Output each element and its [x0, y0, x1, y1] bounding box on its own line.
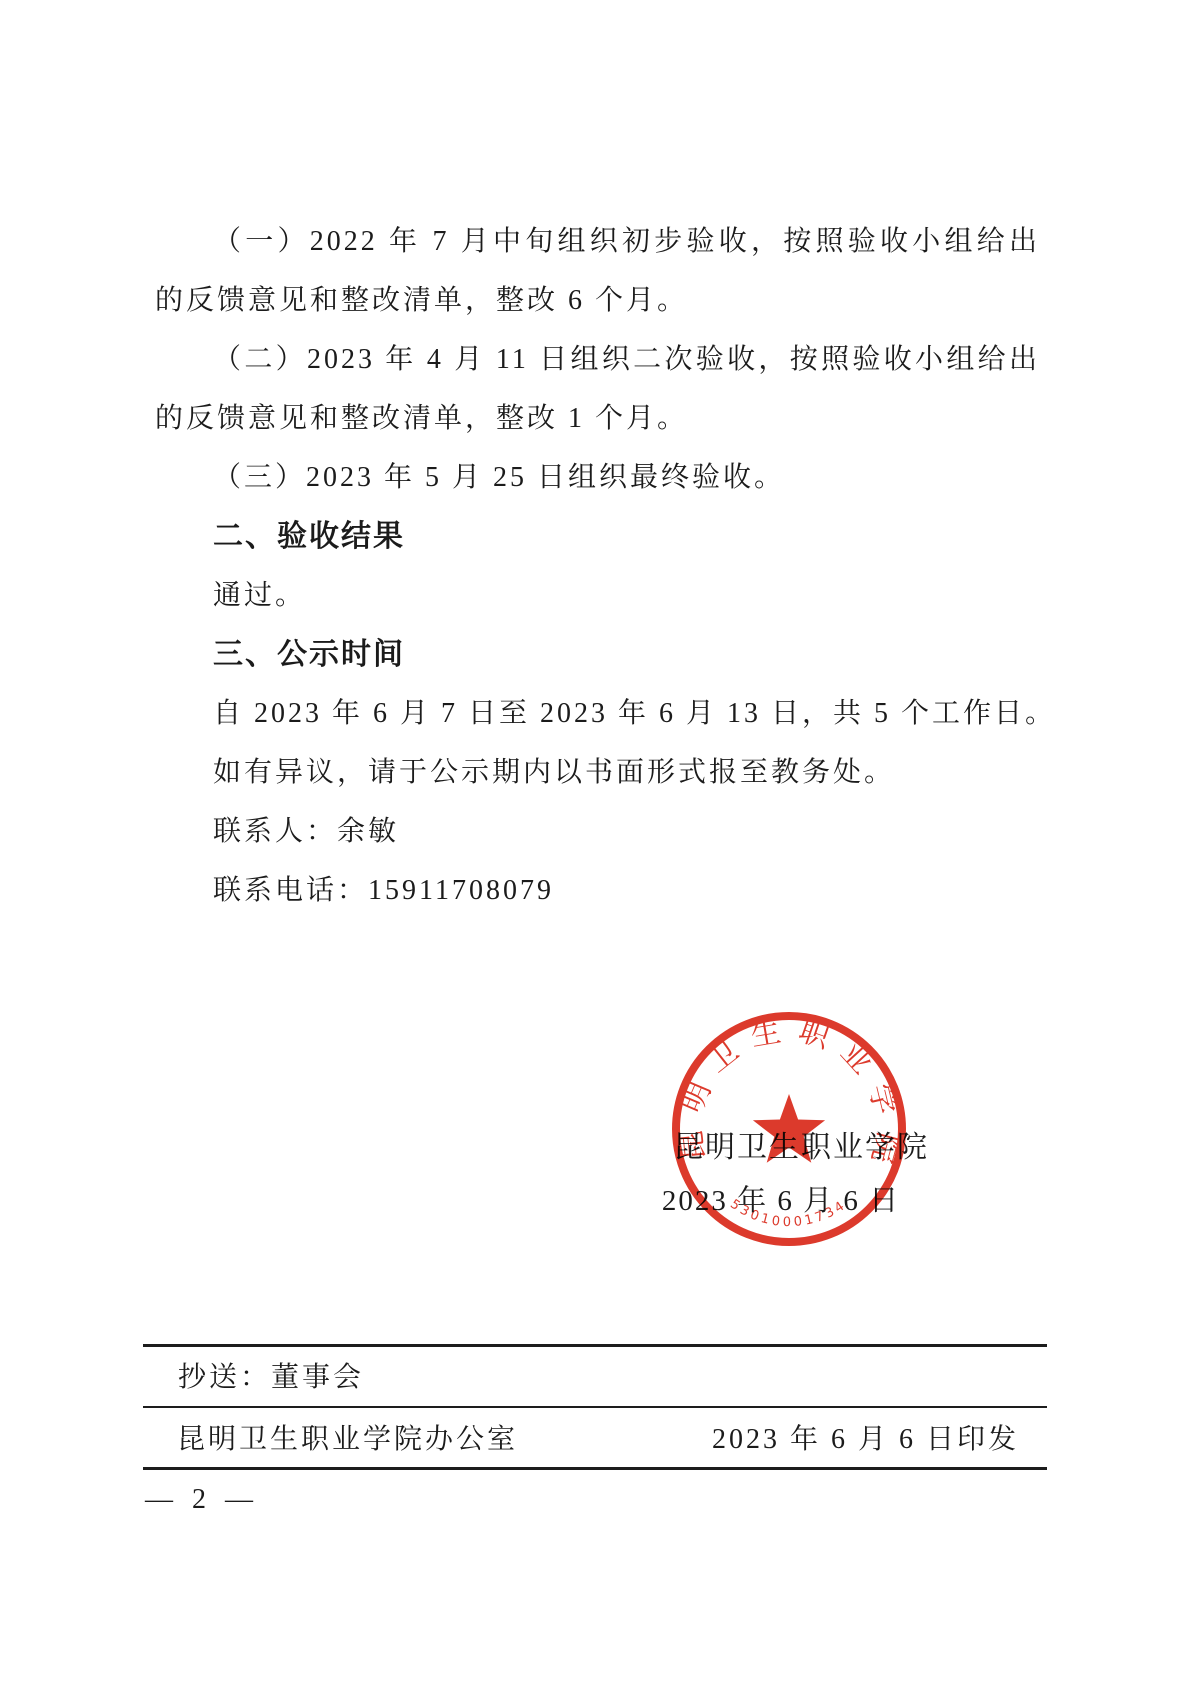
footer-rule-middle	[143, 1406, 1047, 1408]
section-heading-publicity: 三、公示时间	[155, 625, 1040, 684]
page-number: — 2 —	[145, 1482, 259, 1518]
body-line: （三）2023 年 5 月 25 日组织最终验收。	[155, 448, 1040, 507]
issuer-row: 昆明卫生职业学院办公室 2023 年 6 月 6 日印发	[143, 1420, 1047, 1460]
contact-phone-line: 联系电话：15911708079	[155, 861, 1040, 920]
issue-date: 2023 年 6 月 6 日印发	[712, 1420, 1019, 1460]
footer-rule-top	[143, 1344, 1047, 1347]
body-line: 通过。	[155, 566, 1040, 625]
official-seal: 昆明卫生职业学院 5301000173405	[664, 1004, 914, 1254]
body-line: （一）2022 年 7 月中旬组织初步验收，按照验收小组给出	[155, 212, 1040, 271]
official-seal-graphic: 昆明卫生职业学院 5301000173405	[664, 1004, 914, 1254]
footer-rule-bottom	[143, 1467, 1047, 1470]
document-body: （一）2022 年 7 月中旬组织初步验收，按照验收小组给出 的反馈意见和整改清…	[155, 212, 1040, 920]
cc-line: 抄送：董事会	[178, 1358, 364, 1398]
body-line: 自 2023 年 6 月 7 日至 2023 年 6 月 13 日，共 5 个工…	[155, 684, 1040, 743]
issuer-office: 昆明卫生职业学院办公室	[177, 1420, 518, 1460]
body-line: （二）2023 年 4 月 11 日组织二次验收，按照验收小组给出	[155, 330, 1040, 389]
contact-person-line: 联系人：余敏	[155, 802, 1040, 861]
seal-star-icon	[753, 1094, 825, 1163]
section-heading-results: 二、验收结果	[155, 507, 1040, 566]
body-line: 的反馈意见和整改清单，整改 1 个月。	[155, 389, 1040, 448]
body-line: 的反馈意见和整改清单，整改 6 个月。	[155, 271, 1040, 330]
body-line: 如有异议，请于公示期内以书面形式报至教务处。	[155, 743, 1040, 802]
document-page: （一）2022 年 7 月中旬组织初步验收，按照验收小组给出 的反馈意见和整改清…	[0, 0, 1190, 1683]
